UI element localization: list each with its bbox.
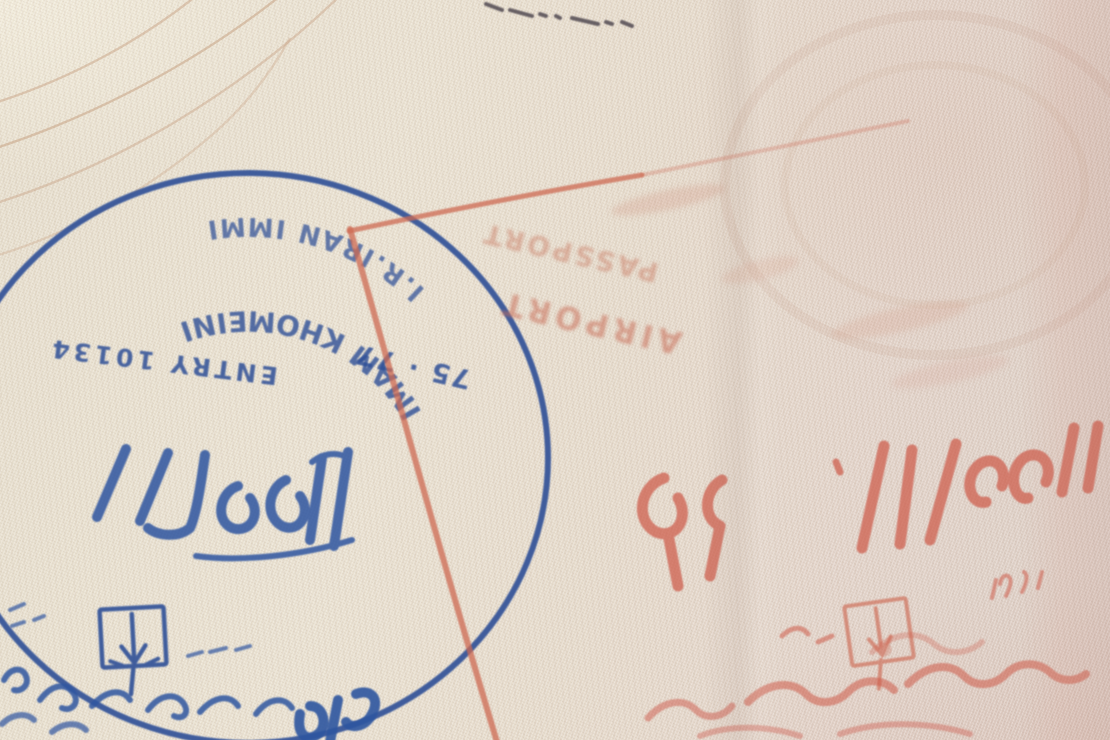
pen-stroke <box>710 526 720 576</box>
ink-ticks <box>188 646 250 656</box>
guilloche-arcs <box>0 0 352 258</box>
faint-stamp-text: PASSPORT <box>479 217 662 288</box>
red-handwritten-date <box>642 426 1098 586</box>
pen-stroke <box>862 446 884 548</box>
pen-stroke <box>312 454 344 462</box>
red-handwriting-marks <box>648 572 1086 736</box>
watermark-rings <box>725 15 1110 355</box>
pen-stroke <box>140 453 168 521</box>
pen-stroke <box>1014 455 1049 498</box>
faint-ink-smudges <box>609 178 1011 395</box>
bold-loop <box>346 692 375 726</box>
pen-stroke <box>1062 428 1074 492</box>
signature-squiggle <box>40 686 76 709</box>
arrow-tail <box>130 666 135 694</box>
bold-loop <box>299 706 323 737</box>
guilloche-arc <box>0 0 208 105</box>
passport-page-photo: I.R.IRAN IMMI IMAM KHOMEINI ENTRY 10134 … <box>0 0 1110 740</box>
signature-squiggle <box>256 700 292 714</box>
stamps-artwork: I.R.IRAN IMMI IMAM KHOMEINI ENTRY 10134 … <box>0 0 1110 740</box>
signature-squiggle <box>648 702 732 718</box>
blue-entry-stamp: I.R.IRAN IMMI IMAM KHOMEINI ENTRY 10134 … <box>0 173 548 740</box>
pen-stroke <box>310 458 322 540</box>
pen-stroke <box>196 540 352 558</box>
signature-squiggle <box>908 664 1086 684</box>
signature-squiggle <box>4 670 27 691</box>
pen-stroke <box>221 486 255 529</box>
blue-handwritten-date <box>97 449 352 558</box>
pen-stroke <box>148 455 205 535</box>
signature-squiggle <box>700 724 970 736</box>
signature-squiggle <box>148 696 186 717</box>
pen-stroke <box>1088 426 1098 488</box>
print-mark <box>510 10 532 16</box>
ink-ticks <box>992 572 1042 598</box>
pen-stroke <box>970 461 1004 502</box>
stamp-arc-text: I.R.IRAN IMMI <box>203 211 431 307</box>
pen-stroke <box>642 478 682 534</box>
signature-squiggle <box>748 681 894 702</box>
pen-stroke <box>334 452 348 546</box>
print-mark <box>486 4 502 10</box>
signature-squiggle <box>2 715 86 732</box>
smudge <box>609 178 727 222</box>
pen-stroke <box>707 480 722 526</box>
ink-ticks <box>10 604 44 626</box>
blue-handwriting-marks <box>2 604 375 740</box>
signature-squiggle <box>92 692 130 706</box>
bold-stroke <box>330 700 338 740</box>
print-mark <box>540 14 560 18</box>
pen-stroke <box>836 462 840 472</box>
pen-stroke <box>900 450 912 544</box>
stamp-ring <box>0 173 548 740</box>
stamp-border-left <box>350 229 497 740</box>
top-edge-print-marks <box>486 4 632 26</box>
print-mark <box>572 18 632 26</box>
pen-stroke <box>668 534 678 586</box>
stamp-border-top-faint <box>642 121 908 175</box>
signature-squiggle <box>200 698 238 712</box>
pen-stroke <box>930 444 956 540</box>
pen-stroke <box>270 480 304 528</box>
pen-stroke <box>97 449 126 517</box>
blue-square-arrow-emblem <box>100 606 168 695</box>
ink-ticks <box>782 628 832 642</box>
stamp-entry-text: ENTRY 10134 <box>47 334 280 391</box>
arrow-shaft <box>132 614 134 660</box>
